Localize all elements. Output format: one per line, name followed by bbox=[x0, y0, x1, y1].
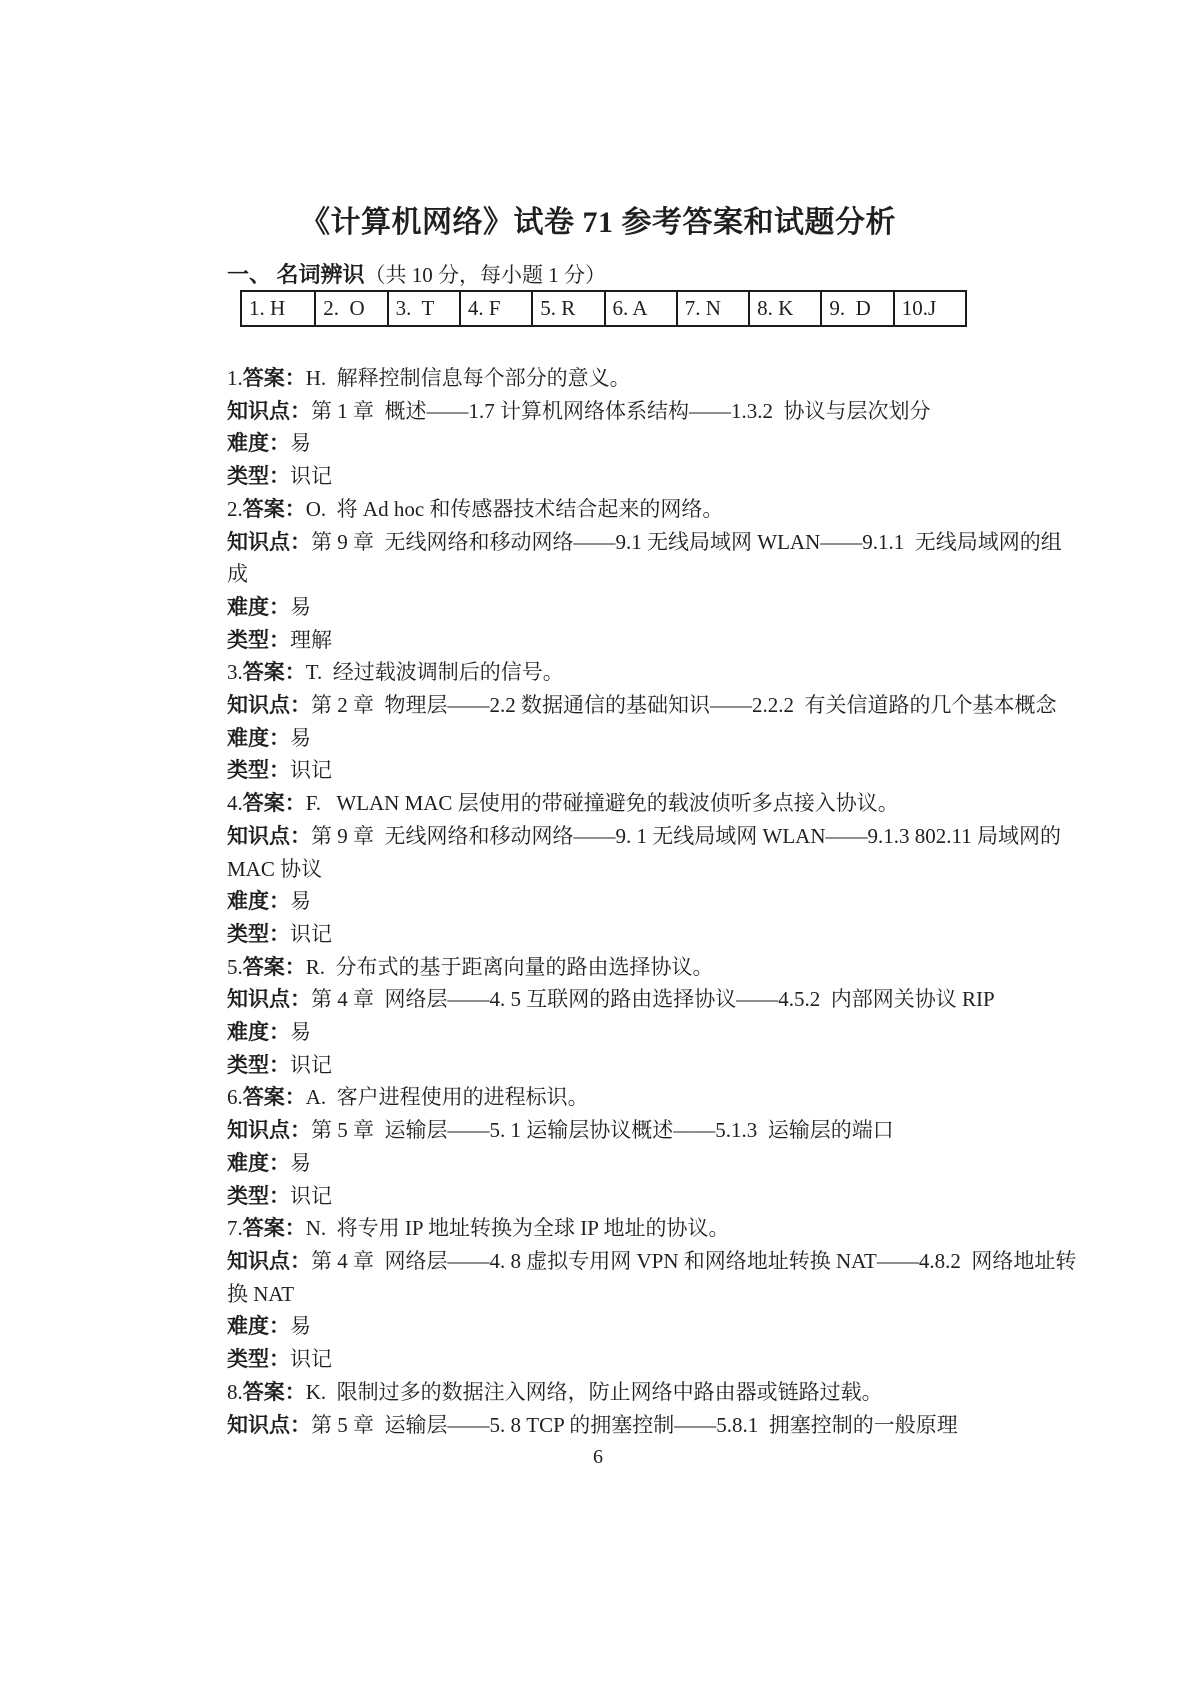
field-label: 类型： bbox=[227, 628, 290, 652]
field-text: T. 经过载波调制后的信号。 bbox=[306, 660, 564, 684]
analysis-line: 知识点：第 9 章 无线网络和移动网络——9. 1 无线局域网 WLAN——9.… bbox=[227, 820, 969, 853]
field-label: 答案： bbox=[243, 791, 306, 815]
item-number: 3. bbox=[227, 660, 243, 684]
field-text: N. 将专用 IP 地址转换为全球 IP 地址的协议。 bbox=[306, 1216, 730, 1240]
field-label: 类型： bbox=[227, 464, 290, 488]
analysis-line: 成 bbox=[227, 558, 969, 591]
field-label: 难度： bbox=[227, 431, 290, 455]
field-text: 换 NAT bbox=[227, 1282, 294, 1306]
field-text: 第 1 章 概述——1.7 计算机网络体系结构——1.3.2 协议与层次划分 bbox=[311, 399, 931, 423]
section-heading-note: （共 10 分，每小题 1 分） bbox=[365, 263, 607, 287]
item-number: 8. bbox=[227, 1380, 243, 1404]
field-label: 答案： bbox=[243, 955, 306, 979]
field-label: 知识点： bbox=[227, 824, 311, 848]
item-number: 2. bbox=[227, 497, 243, 521]
field-label: 难度： bbox=[227, 726, 290, 750]
field-text: A. 客户进程使用的进程标识。 bbox=[306, 1085, 589, 1109]
field-label: 知识点： bbox=[227, 987, 311, 1011]
field-label: 知识点： bbox=[227, 1118, 311, 1142]
field-text: O. 将 Ad hoc 和传感器技术结合起来的网络。 bbox=[306, 497, 724, 521]
answer-cell: 7. N bbox=[676, 292, 748, 325]
section-heading-label: 一、 名词辨识 bbox=[227, 262, 365, 287]
answer-cell: 4. F bbox=[459, 292, 531, 325]
item-number: 6. bbox=[227, 1085, 243, 1109]
field-label: 难度： bbox=[227, 1314, 290, 1338]
field-text: 易 bbox=[290, 726, 311, 750]
field-text: 第 2 章 物理层——2.2 数据通信的基础知识——2.2.2 有关信道路的几个… bbox=[311, 693, 1057, 717]
field-label: 答案： bbox=[243, 1085, 306, 1109]
field-label: 类型： bbox=[227, 1347, 290, 1371]
field-label: 难度： bbox=[227, 1020, 290, 1044]
field-text: 理解 bbox=[290, 628, 332, 652]
field-text: 第 5 章 运输层——5. 8 TCP 的拥塞控制——5.8.1 拥塞控制的一般… bbox=[311, 1413, 958, 1437]
analysis-line: 知识点：第 5 章 运输层——5. 8 TCP 的拥塞控制——5.8.1 拥塞控… bbox=[227, 1409, 969, 1442]
field-label: 答案： bbox=[243, 497, 306, 521]
answer-cell: 3. T bbox=[387, 292, 459, 325]
field-text: 第 4 章 网络层——4. 5 互联网的路由选择协议——4.5.2 内部网关协议… bbox=[311, 987, 995, 1011]
analysis-line: 难度：易 bbox=[227, 885, 969, 918]
analysis-line: 类型：识记 bbox=[227, 460, 969, 493]
field-text: K. 限制过多的数据注入网络，防止网络中路由器或链路过载。 bbox=[306, 1380, 883, 1404]
analysis-line: 难度：易 bbox=[227, 427, 969, 460]
field-label: 类型： bbox=[227, 758, 290, 782]
answers-table: 1. H 2. O 3. T 4. F 5. R 6. A 7. N 8. K … bbox=[240, 290, 967, 327]
field-text: 识记 bbox=[290, 1184, 332, 1208]
item-number: 4. bbox=[227, 791, 243, 815]
answer-cell: 10.J bbox=[893, 292, 965, 325]
field-text: 第 4 章 网络层——4. 8 虚拟专用网 VPN 和网络地址转换 NAT——4… bbox=[311, 1249, 1076, 1273]
analysis-line: 7.答案：N. 将专用 IP 地址转换为全球 IP 地址的协议。 bbox=[227, 1212, 969, 1245]
field-label: 知识点： bbox=[227, 1413, 311, 1437]
field-label: 答案： bbox=[243, 1216, 306, 1240]
answer-cell: 2. O bbox=[314, 292, 386, 325]
field-text: 易 bbox=[290, 889, 311, 913]
field-label: 知识点： bbox=[227, 1249, 311, 1273]
field-label: 类型： bbox=[227, 1184, 290, 1208]
document-page: 《计算机网络》试卷 71 参考答案和试题分析 一、 名词辨识（共 10 分，每小… bbox=[0, 0, 1190, 1683]
analysis-line: 知识点：第 9 章 无线网络和移动网络——9.1 无线局域网 WLAN——9.1… bbox=[227, 526, 969, 559]
page-title: 《计算机网络》试卷 71 参考答案和试题分析 bbox=[227, 203, 969, 243]
field-label: 难度： bbox=[227, 889, 290, 913]
field-label: 答案： bbox=[243, 660, 306, 684]
analysis-line: 知识点：第 4 章 网络层——4. 5 互联网的路由选择协议——4.5.2 内部… bbox=[227, 983, 969, 1016]
answer-cell: 5. R bbox=[531, 292, 603, 325]
field-text: 易 bbox=[290, 431, 311, 455]
analysis-line: 1.答案：H. 解释控制信息每个部分的意义。 bbox=[227, 362, 969, 395]
answer-cell: 6. A bbox=[604, 292, 676, 325]
field-label: 知识点： bbox=[227, 693, 311, 717]
field-label: 知识点： bbox=[227, 530, 311, 554]
field-text: 识记 bbox=[290, 758, 332, 782]
field-text: 第 9 章 无线网络和移动网络——9. 1 无线局域网 WLAN——9.1.3 … bbox=[311, 824, 1061, 848]
analysis-line: 难度：易 bbox=[227, 1147, 969, 1180]
item-number: 1. bbox=[227, 366, 243, 390]
section-heading: 一、 名词辨识（共 10 分，每小题 1 分） bbox=[227, 263, 969, 287]
field-label: 难度： bbox=[227, 1151, 290, 1175]
field-text: 识记 bbox=[290, 922, 332, 946]
field-text: F. WLAN MAC 层使用的带碰撞避免的载波侦听多点接入协议。 bbox=[306, 791, 899, 815]
analysis-line: 类型：识记 bbox=[227, 1343, 969, 1376]
analysis-line: 8.答案：K. 限制过多的数据注入网络，防止网络中路由器或链路过载。 bbox=[227, 1376, 969, 1409]
analysis-line: 知识点：第 2 章 物理层——2.2 数据通信的基础知识——2.2.2 有关信道… bbox=[227, 689, 969, 722]
field-label: 知识点： bbox=[227, 399, 311, 423]
analysis-line: 类型：识记 bbox=[227, 754, 969, 787]
page-number: 6 bbox=[227, 1443, 969, 1471]
field-text: H. 解释控制信息每个部分的意义。 bbox=[306, 366, 631, 390]
answer-analysis-list: 1.答案：H. 解释控制信息每个部分的意义。 知识点：第 1 章 概述——1.7… bbox=[227, 362, 969, 1441]
field-text: 识记 bbox=[290, 464, 332, 488]
field-label: 类型： bbox=[227, 922, 290, 946]
analysis-line: 2.答案：O. 将 Ad hoc 和传感器技术结合起来的网络。 bbox=[227, 493, 969, 526]
analysis-line: 4.答案：F. WLAN MAC 层使用的带碰撞避免的载波侦听多点接入协议。 bbox=[227, 787, 969, 820]
analysis-line: 类型：识记 bbox=[227, 1180, 969, 1213]
field-text: R. 分布式的基于距离向量的路由选择协议。 bbox=[306, 955, 714, 979]
item-number: 5. bbox=[227, 955, 243, 979]
analysis-line: 换 NAT bbox=[227, 1278, 969, 1311]
answer-cell: 9. D bbox=[820, 292, 892, 325]
field-label: 答案： bbox=[243, 1380, 306, 1404]
field-label: 类型： bbox=[227, 1053, 290, 1077]
field-text: 识记 bbox=[290, 1053, 332, 1077]
field-text: 识记 bbox=[290, 1347, 332, 1371]
field-text: 成 bbox=[227, 562, 248, 586]
analysis-line: 类型：理解 bbox=[227, 624, 969, 657]
analysis-line: 知识点：第 1 章 概述——1.7 计算机网络体系结构——1.3.2 协议与层次… bbox=[227, 395, 969, 428]
field-text: MAC 协议 bbox=[227, 857, 322, 881]
analysis-line: 6.答案：A. 客户进程使用的进程标识。 bbox=[227, 1081, 969, 1114]
analysis-line: 知识点：第 4 章 网络层——4. 8 虚拟专用网 VPN 和网络地址转换 NA… bbox=[227, 1245, 969, 1278]
field-text: 易 bbox=[290, 1314, 311, 1338]
analysis-line: 难度：易 bbox=[227, 591, 969, 624]
field-text: 易 bbox=[290, 1020, 311, 1044]
analysis-line: 难度：易 bbox=[227, 1016, 969, 1049]
analysis-line: 3.答案：T. 经过载波调制后的信号。 bbox=[227, 656, 969, 689]
analysis-line: 知识点：第 5 章 运输层——5. 1 运输层协议概述——5.1.3 运输层的端… bbox=[227, 1114, 969, 1147]
field-label: 答案： bbox=[243, 366, 306, 390]
field-text: 第 9 章 无线网络和移动网络——9.1 无线局域网 WLAN——9.1.1 无… bbox=[311, 530, 1062, 554]
page-content: 《计算机网络》试卷 71 参考答案和试题分析 一、 名词辨识（共 10 分，每小… bbox=[227, 0, 969, 1471]
analysis-line: 5.答案：R. 分布式的基于距离向量的路由选择协议。 bbox=[227, 951, 969, 984]
answer-cell: 8. K bbox=[748, 292, 820, 325]
answer-cell: 1. H bbox=[242, 292, 314, 325]
field-text: 易 bbox=[290, 1151, 311, 1175]
analysis-line: 难度：易 bbox=[227, 722, 969, 755]
item-number: 7. bbox=[227, 1216, 243, 1240]
analysis-line: 难度：易 bbox=[227, 1310, 969, 1343]
analysis-line: 类型：识记 bbox=[227, 918, 969, 951]
field-text: 第 5 章 运输层——5. 1 运输层协议概述——5.1.3 运输层的端口 bbox=[311, 1118, 894, 1142]
analysis-line: MAC 协议 bbox=[227, 853, 969, 886]
field-text: 易 bbox=[290, 595, 311, 619]
field-label: 难度： bbox=[227, 595, 290, 619]
analysis-line: 类型：识记 bbox=[227, 1049, 969, 1082]
